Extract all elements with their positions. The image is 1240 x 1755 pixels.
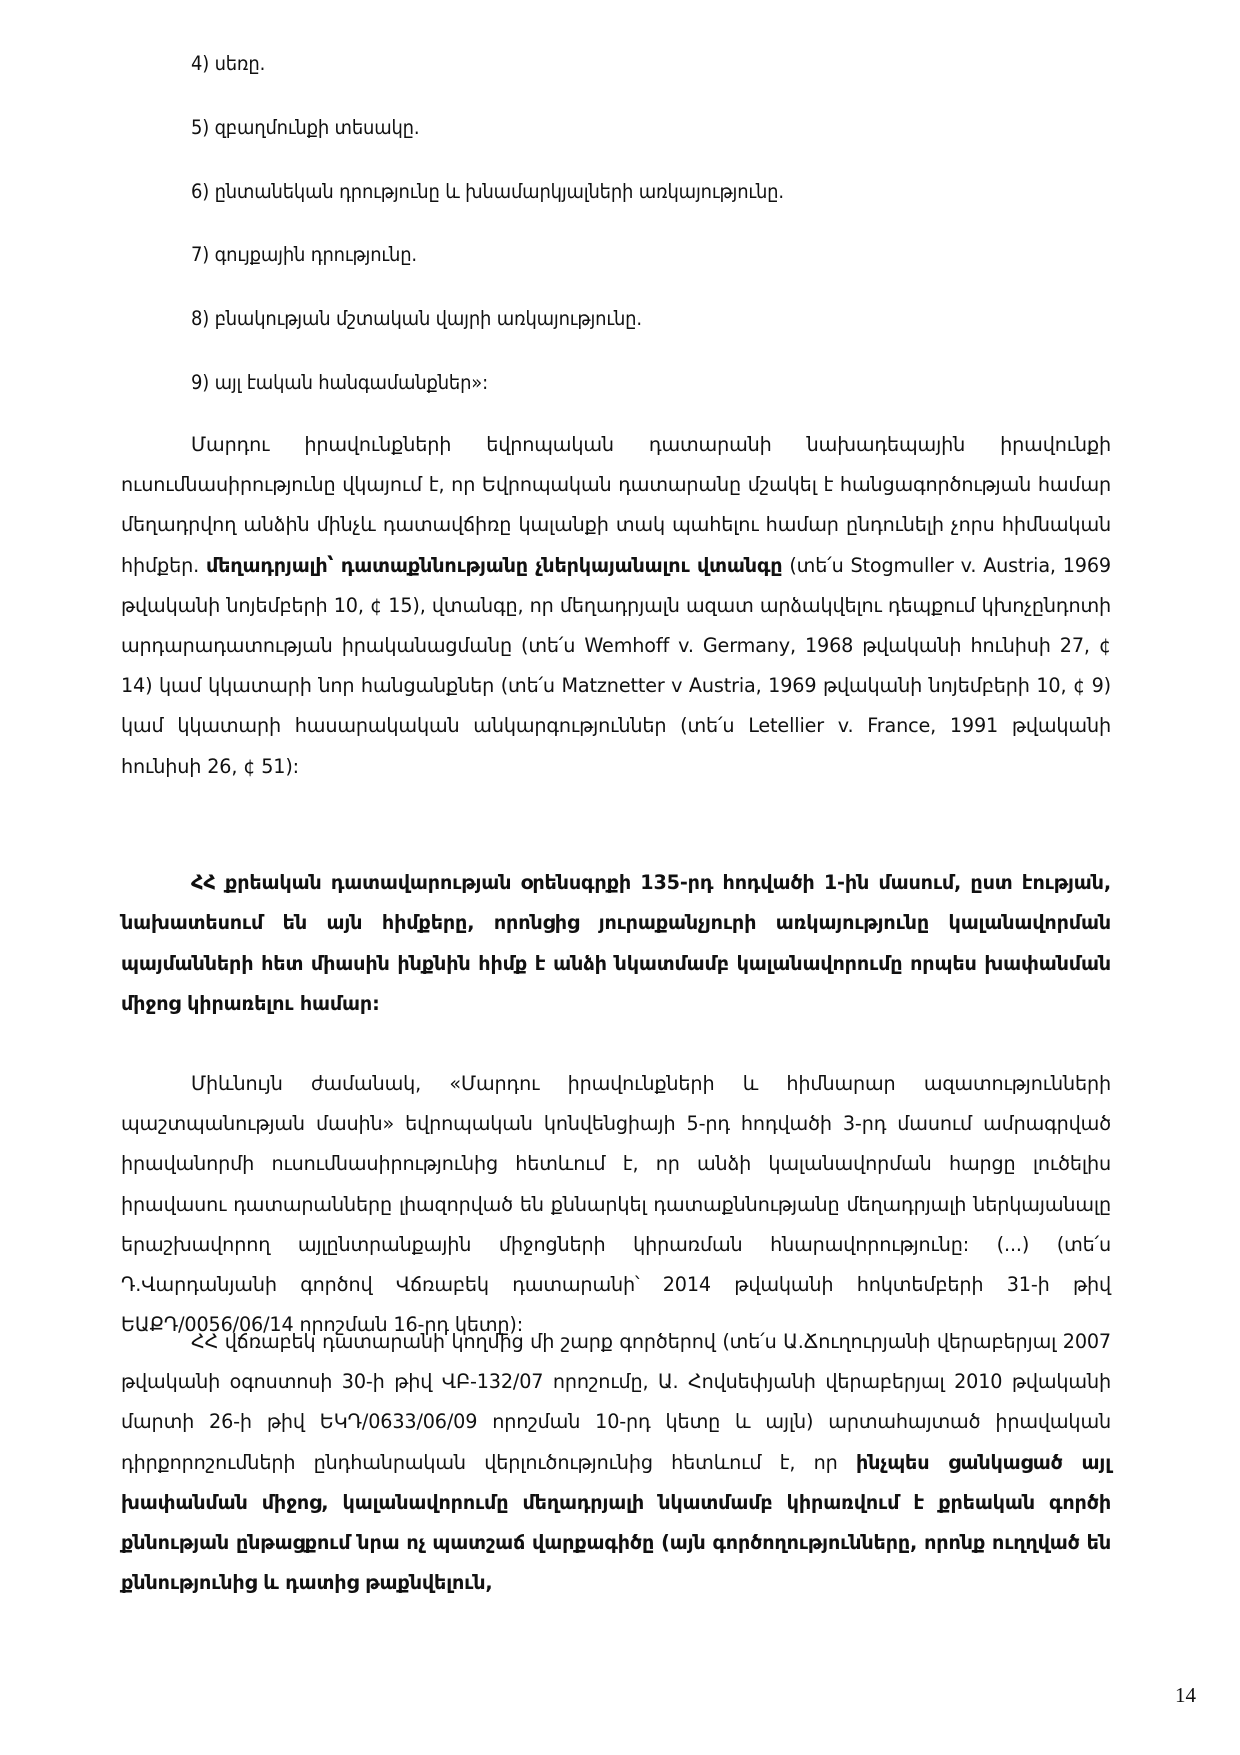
list-item-6: 6) ընտանեկան դրությունը և խնամարկյալների…: [191, 180, 784, 203]
paragraph-1-bold-emphasis: մեղադրյալի՝ դատաքննությանը չներկայանալու…: [206, 554, 783, 577]
paragraph-cassation-court: ՀՀ վճռաբեկ դատարանի կողմից մի շարք գործե…: [121, 1322, 1111, 1603]
list-item-9: 9) այլ էական հանգամանքներ»:: [191, 371, 488, 394]
list-item-4: 4) սեռը.: [191, 52, 265, 75]
paragraph-criminal-procedure-code: ՀՀ քրեական դատավարության օրենսգրքի 135-ր…: [121, 863, 1111, 1024]
list-item-7: 7) գույքային դրությունը.: [191, 243, 417, 266]
paragraph-1-text-c: (տե՛ս Stogmuller v. Austria, 1969 թվական…: [121, 554, 1111, 778]
list-item-8: 8) բնակության մշտական վայրի առկայություն…: [191, 307, 642, 330]
paragraph-echr-case-law: Մարդու իրավունքների եվրոպական դատարանի ն…: [121, 425, 1111, 787]
document-page: 4) սեռը. 5) զբաղմունքի տեսակը. 6) ընտանե…: [0, 0, 1240, 1755]
list-item-5: 5) զբաղմունքի տեսակը.: [191, 116, 419, 139]
page-number: 14: [1175, 1683, 1196, 1708]
paragraph-european-convention: Միևնույն ժամանակ, «Մարդու իրավունքների և…: [121, 1064, 1111, 1345]
